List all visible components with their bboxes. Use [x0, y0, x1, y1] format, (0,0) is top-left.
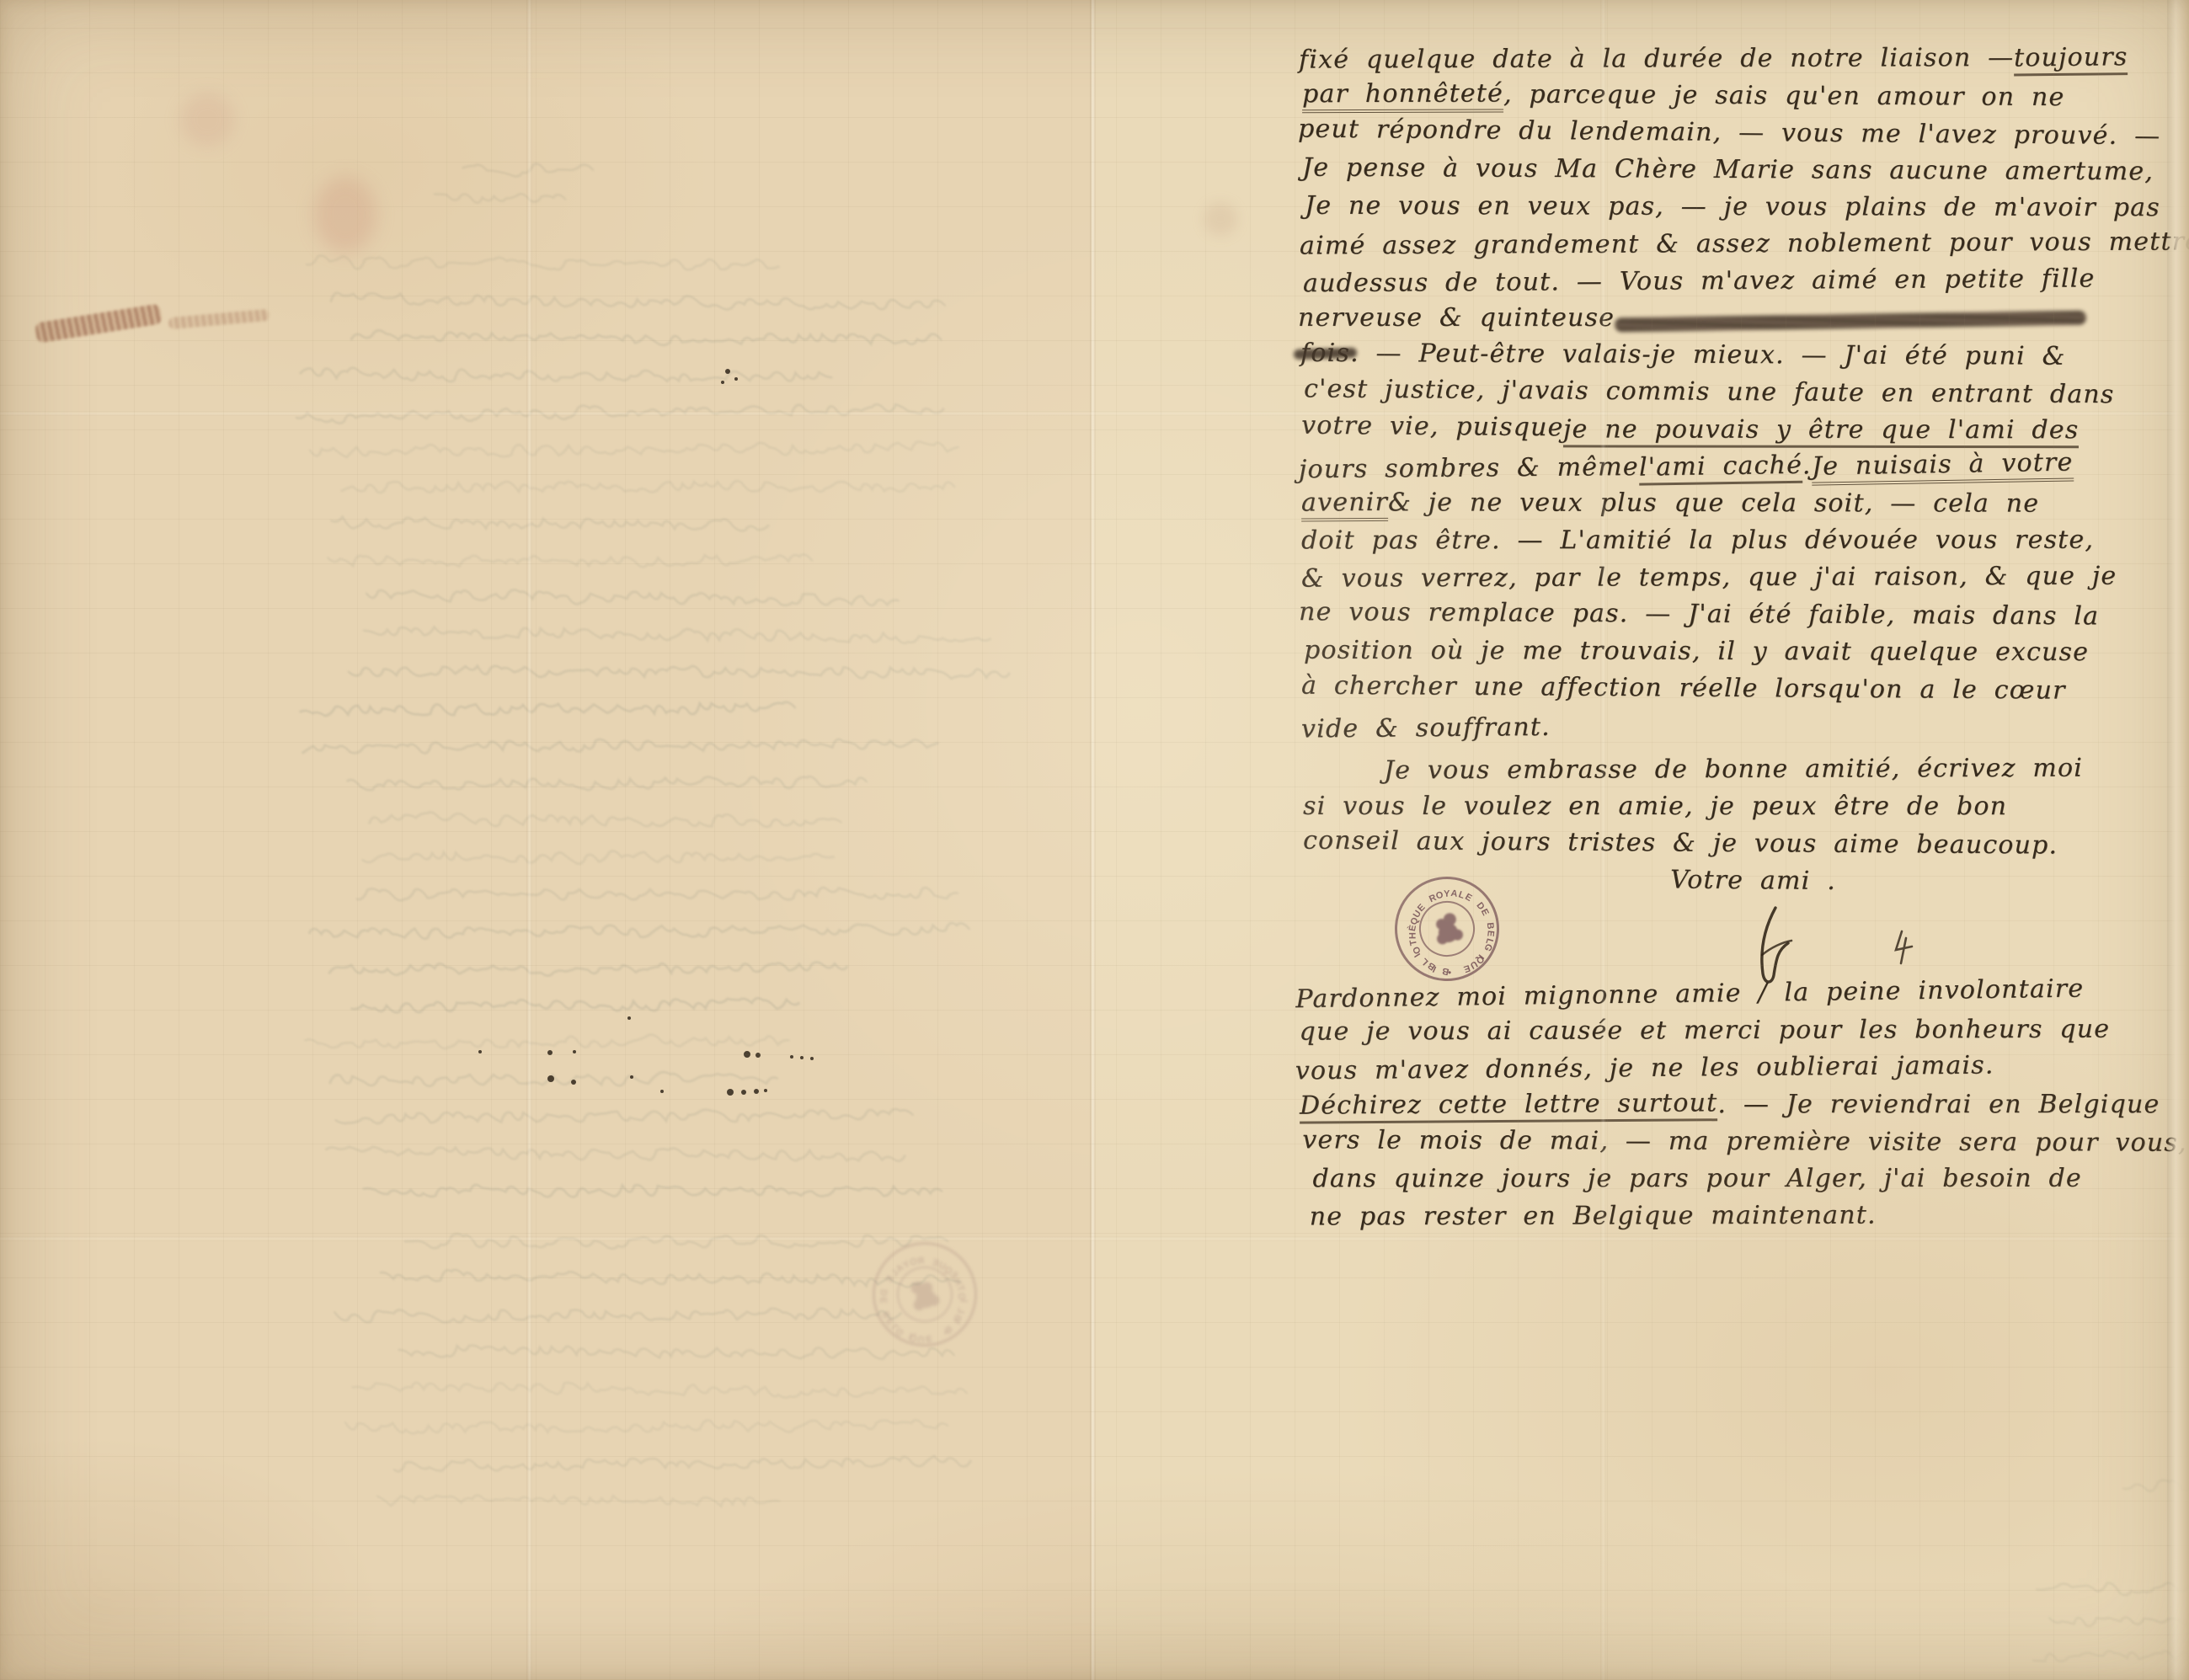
ink-speck — [571, 1080, 576, 1085]
ink-speck — [573, 1050, 576, 1053]
handwriting-line: que je vous ai causée et merci pour les … — [1299, 1014, 2183, 1053]
hw-text: . — [1802, 451, 1812, 480]
handwriting-line: aimé assez grandement & assez noblement … — [1300, 227, 2176, 268]
handwriting-line: ne vous remplace pas. — J'ai été faible,… — [1299, 597, 2175, 639]
stamp-bleedthrough: BIBLIOTHÈQUE ROYALE DE BELGIQUE • — [862, 1231, 988, 1357]
letter-scan: BIBLIOTHÈQUE ROYALE DE BELGIQUE • fixé q… — [0, 0, 2189, 1680]
pencil-smudge-annotation-2 — [168, 309, 270, 329]
ink-speck — [725, 369, 730, 374]
ink-speck — [744, 1051, 750, 1058]
ink-speck — [660, 1090, 664, 1093]
hw-text: , parceque je sais qu'en amour on ne — [1503, 79, 2065, 112]
ink-speck — [800, 1056, 804, 1059]
handwriting-line: jours sombres & même l'ami caché . Je nu… — [1299, 448, 2175, 492]
ink-speck — [721, 381, 724, 384]
handwriting-line: ne pas rester en Belgique maintenant. — [1301, 1200, 2186, 1240]
handwriting-line: si vous le voulez en amie, je peux être … — [1303, 792, 2179, 829]
handwriting-line: fixé quelque date à la durée de notre li… — [1299, 42, 2175, 82]
stamp-letter: E — [1485, 930, 1496, 937]
handwriting-line: avenir & je ne veux plus que cela soit, … — [1301, 488, 2177, 526]
hw-smudge — [1615, 310, 2086, 332]
stamp-letter: U — [917, 1334, 924, 1344]
ink-speck — [741, 1090, 746, 1095]
hw-text: aimé assez grandement & assez noblement … — [1300, 227, 2189, 260]
ink-speck — [734, 377, 738, 381]
ink-speck — [627, 1016, 631, 1020]
signature-flourish — [1750, 903, 1796, 994]
handwriting-line: fois . — Peut-être valais-je mieux. — J'… — [1300, 339, 2176, 380]
stamp-letter: B — [1485, 922, 1496, 930]
hw-text: votre vie, puisque — [1301, 411, 1564, 443]
handwriting-line: peut répondre du lendemain, — vous me l'… — [1298, 115, 2174, 159]
hw-text: fixé quelque date à la durée de notre li… — [1299, 43, 2014, 75]
hw-text: vers le mois de mai, — ma première visit… — [1302, 1125, 2187, 1157]
handwriting-line: Déchirez cette lettre surtout . — Je rev… — [1300, 1090, 2184, 1127]
stamp-letter: E — [878, 1297, 889, 1304]
ink-speck — [790, 1055, 793, 1059]
ink-speck — [764, 1089, 767, 1092]
hw-u2: par honnêteté — [1302, 78, 1503, 113]
handwriting-line: doit pas être. — L'amitié la plus dévoué… — [1301, 525, 2177, 563]
hw-text: Je pense à vous Ma Chère Marie sans aucu… — [1302, 153, 2154, 187]
hw-text: . — Peut-être valais-je mieux. — J'ai ét… — [1350, 339, 2066, 371]
hw-text: doit pas être. — L'amitié la plus dévoué… — [1301, 525, 2094, 556]
hw-text: ne pas rester en Belgique maintenant. — [1310, 1201, 1877, 1232]
handwriting-line: Je pense à vous Ma Chère Marie sans aucu… — [1302, 153, 2178, 195]
stamp-letter: H — [1408, 932, 1418, 939]
stamp-letter: D — [879, 1289, 890, 1297]
letter-body: fixé quelque date à la durée de notre li… — [1301, 44, 2177, 903]
hw-text: Je vous embrasse de bonne amitié, écrive… — [1384, 754, 2083, 786]
hw-text: vide & souffrant. — [1301, 712, 1551, 744]
handwriting-line: & vous verrez, par le temps, que j'ai ra… — [1301, 561, 2177, 600]
hw-text: . — Je reviendrai en Belgique — [1717, 1090, 2160, 1119]
hw-text: Votre ami . — [1670, 865, 1836, 896]
hw-text: ne vous remplace pas. — J'ai été faible,… — [1299, 597, 2099, 631]
ink-speck — [547, 1050, 553, 1055]
handwriting-line: Je ne vous en veux pas, — je vous plains… — [1305, 191, 2181, 231]
hw-text: conseil aux jours tristes & je vous aime… — [1303, 826, 2058, 861]
hw-u: Déchirez cette lettre surtout — [1300, 1088, 1718, 1123]
letter-postscript: Pardonnez moi mignonne amie / la peine i… — [1298, 976, 2184, 1240]
ink-speck — [755, 1053, 761, 1058]
hw-text: peut répondre du lendemain, — vous me l'… — [1298, 115, 2160, 152]
hw-text: jours sombres & même — [1299, 452, 1639, 484]
handwriting-line: à chercher une affection réelle lorsqu'o… — [1301, 671, 2177, 714]
stamp-letter: Q — [909, 1332, 917, 1343]
handwriting-line: audessus de tout. — Vous m'avez aimé en … — [1303, 264, 2179, 307]
handwriting-line: position où je me trouvais, il y avait q… — [1304, 636, 2180, 675]
hw-struck: fois — [1300, 339, 1350, 368]
handwriting-line: conseil aux jours tristes & je vous aime… — [1303, 826, 2179, 869]
ink-speck — [754, 1089, 759, 1094]
hw-u2: avenir — [1301, 488, 1388, 522]
paper-right-edge — [2167, 0, 2189, 1680]
handwriting-line: nerveuse & quinteuse — [1298, 303, 2174, 340]
hw-text: si vous le voulez en amie, je peux être … — [1303, 792, 2007, 821]
ink-speck — [478, 1050, 482, 1053]
hw-u: je ne pouvais y être que l'ami des — [1563, 414, 2079, 448]
hw-text: Je ne vous en veux pas, — je vous plains… — [1305, 191, 2160, 222]
handwriting-line: vous m'avez donnés, je ne les oublierai … — [1295, 1049, 2180, 1094]
hw-text: audessus de tout. — Vous m'avez aimé en … — [1303, 264, 2096, 298]
stamp-letter: Y — [1444, 889, 1450, 899]
right-page: fixé quelque date à la durée de notre li… — [1095, 0, 2189, 1680]
hw-text: c'est justice, j'avais commis une faute … — [1304, 374, 2115, 409]
left-page: BIBLIOTHÈQUE ROYALE DE BELGIQUE • — [0, 0, 1095, 1680]
hw-text: & vous verrez, par le temps, que j'ai ra… — [1301, 562, 2117, 594]
handwriting-line: vide & souffrant. — [1301, 707, 2177, 752]
hw-text: position où je me trouvais, il y avait q… — [1304, 636, 2089, 667]
ink-speck — [547, 1075, 554, 1082]
ink-speck — [810, 1057, 814, 1060]
handwriting-line: Je vous embrasse de bonne amitié, écrive… — [1304, 753, 2180, 792]
pencil-smudge-annotation — [35, 303, 163, 343]
hw-text: à chercher une affection réelle lorsqu'o… — [1301, 671, 2066, 706]
hw-text: vous m'avez donnés, je ne les oublierai … — [1295, 1051, 1994, 1086]
hw-text: que je vous ai causée et merci pour les … — [1299, 1015, 2110, 1047]
ink-speck — [727, 1089, 734, 1096]
ink-flourish — [1893, 930, 1915, 968]
handwriting-line: dans quinze jours je pars pour Alger, j'… — [1297, 1164, 2181, 1202]
hw-text: & je ne veux plus que cela soit, — cela … — [1388, 488, 2039, 518]
handwriting-line: vers le mois de mai, — ma première visit… — [1302, 1125, 2186, 1165]
hw-text: nerveuse & quinteuse — [1298, 303, 1615, 333]
hw-u: l'ami caché — [1638, 451, 1802, 486]
hw-text: dans quinze jours je pars pour Alger, j'… — [1312, 1164, 2081, 1193]
handwriting-line: par honnêteté, parceque je sais qu'en am… — [1302, 78, 2178, 120]
stamp-letter: • — [1448, 967, 1452, 977]
hw-u: toujours — [2014, 42, 2128, 76]
ink-speck — [630, 1075, 633, 1079]
hw-u2: Je nuisais à votre — [1811, 447, 2073, 485]
